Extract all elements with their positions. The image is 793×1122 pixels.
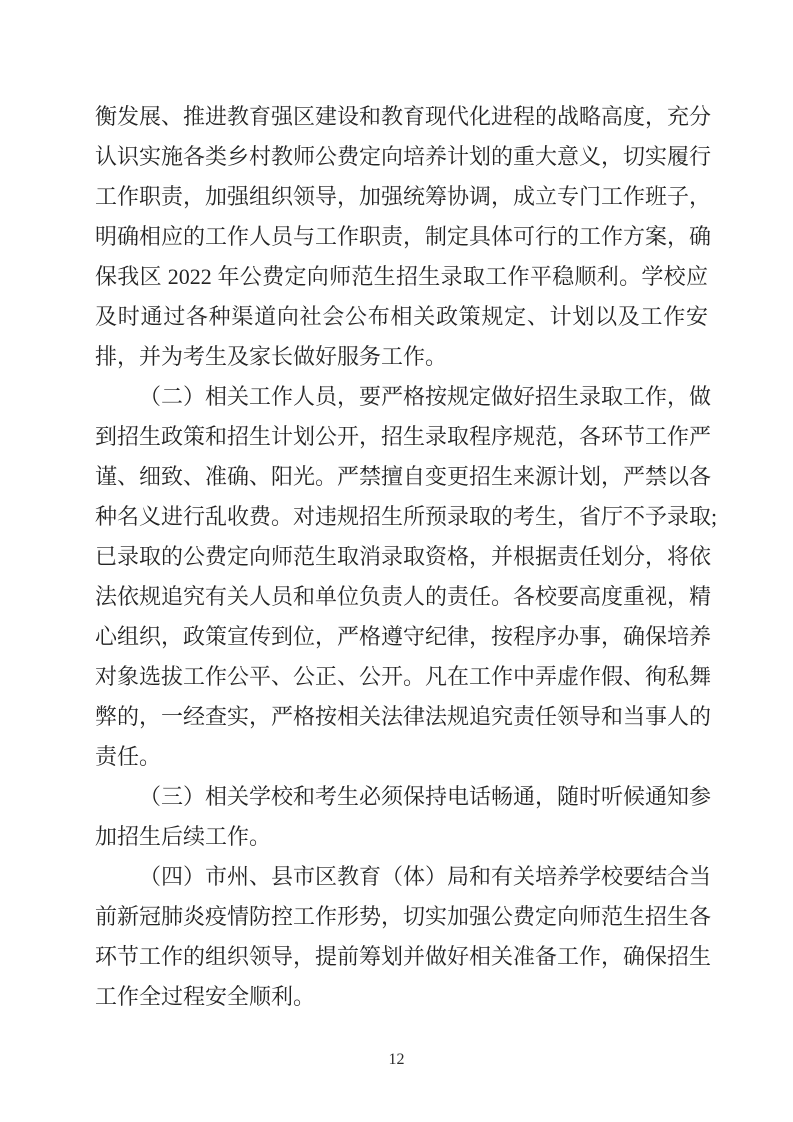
text-line: （三）相关学校和考生必须保持电话畅通，随时听候通知参 [95, 777, 708, 817]
document-page: 衡发展、推进教育强区建设和教育现代化进程的战略高度，充分认识实施各类乡村教师公费… [0, 0, 793, 1122]
text-line: 前新冠肺炎疫情防控工作形势，切实加强公费定向师范生招生各 [95, 897, 708, 937]
text-line: 工作全过程安全顺利。 [95, 977, 708, 1017]
text-line: 加招生后续工作。 [95, 817, 708, 857]
document-body: 衡发展、推进教育强区建设和教育现代化进程的战略高度，充分认识实施各类乡村教师公费… [95, 97, 708, 1017]
text-line: 弊的，一经查实，严格按相关法律法规追究责任领导和当事人的 [95, 697, 708, 737]
text-line: 已录取的公费定向师范生取消录取资格，并根据责任划分，将依 [95, 537, 708, 577]
text-line: 法依规追究有关人员和单位负责人的责任。各校要高度重视，精 [95, 577, 708, 617]
text-line: 谨、细致、准确、阳光。严禁擅自变更招生来源计划，严禁以各 [95, 457, 708, 497]
text-line: （四）市州、县市区教育（体）局和有关培养学校要结合当 [95, 857, 708, 897]
text-line: 认识实施各类乡村教师公费定向培养计划的重大意义，切实履行 [95, 137, 708, 177]
text-line: 衡发展、推进教育强区建设和教育现代化进程的战略高度，充分 [95, 97, 708, 137]
text-line: 对象选拔工作公平、公正、公开。凡在工作中弄虚作假、徇私舞 [95, 657, 708, 697]
text-line: （二）相关工作人员，要严格按规定做好招生录取工作，做 [95, 377, 708, 417]
text-line: 到招生政策和招生计划公开，招生录取程序规范，各环节工作严 [95, 417, 708, 457]
page-number: 12 [0, 1048, 793, 1072]
text-line: 责任。 [95, 737, 708, 777]
text-line: 种名义进行乱收费。对违规招生所预录取的考生，省厅不予录取; [95, 497, 708, 537]
text-line: 环节工作的组织领导，提前筹划并做好相关准备工作，确保招生 [95, 937, 708, 977]
text-line: 保我区 2022 年公费定向师范生招生录取工作平稳顺利。学校应 [95, 257, 708, 297]
text-line: 排，并为考生及家长做好服务工作。 [95, 337, 708, 377]
text-line: 及时通过各种渠道向社会公布相关政策规定、计划以及工作安 [95, 297, 708, 337]
text-line: 心组织，政策宣传到位，严格遵守纪律，按程序办事，确保培养 [95, 617, 708, 657]
text-line: 明确相应的工作人员与工作职责，制定具体可行的工作方案，确 [95, 217, 708, 257]
text-line: 工作职责，加强组织领导，加强统筹协调，成立专门工作班子， [95, 177, 708, 217]
